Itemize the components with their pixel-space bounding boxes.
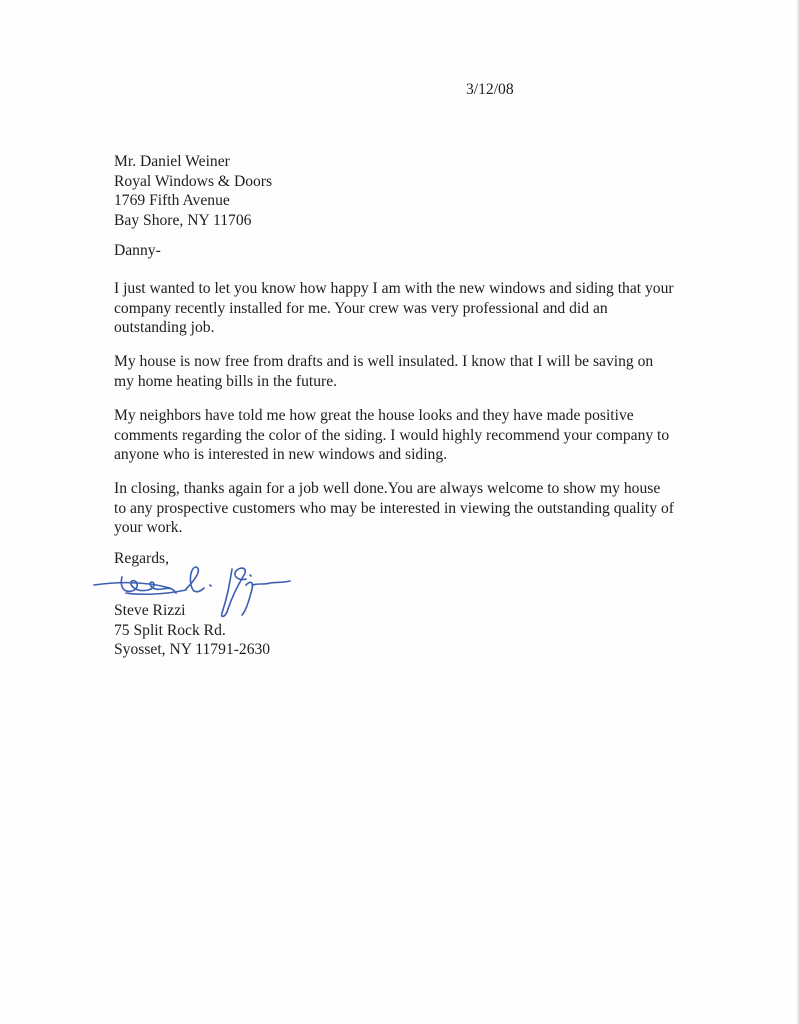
sender-street: 75 Split Rock Rd. [114, 621, 694, 641]
paragraph-line: My neighbors have told me how great the … [114, 406, 694, 426]
recipient-company: Royal Windows & Doors [114, 172, 694, 192]
sender-address: Steve Rizzi 75 Split Rock Rd. Syosset, N… [114, 601, 694, 660]
paragraph-line: I just wanted to let you know how happy … [114, 279, 694, 299]
sender-city: Syosset, NY 11791-2630 [114, 640, 694, 660]
paragraph: My neighbors have told me how great the … [114, 406, 694, 465]
paragraph: My house is now free from drafts and is … [114, 352, 694, 391]
paragraph-line: company recently installed for me. Your … [114, 299, 694, 319]
salutation: Danny- [114, 241, 694, 261]
paragraph: I just wanted to let you know how happy … [114, 279, 694, 338]
recipient-street: 1769 Fifth Avenue [114, 191, 694, 211]
paragraph-line: anyone who is interested in new windows … [114, 445, 694, 465]
paragraph-line: My house is now free from drafts and is … [114, 352, 694, 372]
paragraph-line: your work. [114, 518, 694, 538]
recipient-address: Mr. Daniel Weiner Royal Windows & Doors … [114, 152, 694, 230]
recipient-name: Mr. Daniel Weiner [114, 152, 694, 172]
paragraph-line: to any prospective customers who may be … [114, 499, 694, 519]
paragraph: In closing, thanks again for a job well … [114, 479, 694, 538]
paragraph-line: comments regarding the color of the sidi… [114, 426, 694, 446]
paragraph-line: my home heating bills in the future. [114, 372, 694, 392]
letter-page: 3/12/08 Mr. Daniel Weiner Royal Windows … [0, 0, 799, 1024]
recipient-city: Bay Shore, NY 11706 [114, 211, 694, 231]
sender-name: Steve Rizzi [114, 601, 694, 621]
paragraph-line: In closing, thanks again for a job well … [114, 479, 694, 499]
letter-date: 3/12/08 [466, 80, 514, 100]
paragraph-line: outstanding job. [114, 318, 694, 338]
